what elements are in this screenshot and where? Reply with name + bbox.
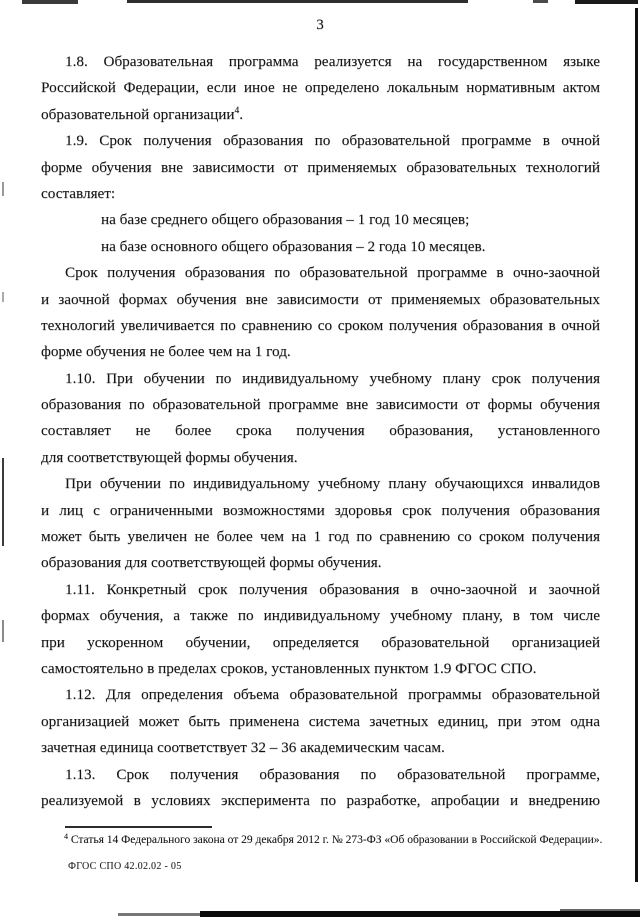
scan-artifact-right-line [635, 8, 638, 882]
document-page: 3 1.8. Образовательная программа реализу… [0, 0, 640, 917]
scan-artifact-top-1 [22, 0, 78, 4]
text-line: на базе среднего общего образования – 1 … [41, 207, 600, 233]
text-line: формах обучения, а также по индивидуальн… [41, 603, 600, 629]
text-line: составляет не более срока получения обра… [41, 418, 600, 444]
footer-code: ФГОС СПО 42.02.02 - 05 [68, 861, 182, 872]
text-block: 1.8. Образовательная программа реализует… [41, 49, 600, 814]
text-line: форме обучения вне зависимости от примен… [41, 155, 600, 181]
page-number: 3 [0, 17, 640, 34]
scan-artifact-left-4 [2, 620, 4, 642]
text-line: реализуемой в условиях эксперимента по р… [41, 788, 600, 814]
text-line: при ускоренном обучении, определяется об… [41, 630, 600, 656]
text-line: 1.11. Конкретный срок получения образова… [41, 577, 600, 603]
text-line: самостоятельно в пределах сроков, устано… [41, 656, 600, 682]
footnote-text: Статья 14 Федерального закона от 29 дека… [68, 834, 602, 846]
scan-artifact-top-3 [533, 0, 548, 3]
scan-artifact-top-2 [127, 0, 468, 3]
text-line: 1.13. Срок получения образования по обра… [41, 762, 600, 788]
scan-artifact-bottom-gray-1 [118, 913, 200, 916]
text-line: 1.12. Для определения объема образовател… [41, 682, 600, 708]
text-line: 1.10. При обучении по индивидуальному уч… [41, 366, 600, 392]
text-line: организацией может быть применена систем… [41, 709, 600, 735]
text-line: и лиц с ограниченными возможностями здор… [41, 498, 600, 524]
text-line: для соответствующей формы обучения. [41, 445, 600, 471]
text-line: составляет: [41, 181, 600, 207]
text-line: образования для соответствующей формы об… [41, 550, 600, 576]
text-line: технологий увеличивается по сравнению со… [41, 313, 600, 339]
text-line: на базе основного общего образования – 2… [41, 234, 600, 260]
scan-artifact-left-2 [2, 292, 4, 302]
scan-artifact-top-4 [575, 0, 638, 4]
footnote: 4 Статья 14 Федерального закона от 29 де… [64, 832, 604, 846]
text-line: форме обучения не более чем на 1 год. [41, 339, 600, 365]
text-line: Срок получения образования по образовате… [41, 260, 600, 286]
text-line: образования по образовательной программе… [41, 392, 600, 418]
text-line: образовательной организации4. [41, 102, 600, 128]
text-line: зачетная единица соответствует 32 – 36 а… [41, 735, 600, 761]
scan-artifact-bottom-bar [200, 911, 640, 917]
text-line: и заочной формах обучения вне зависимост… [41, 287, 600, 313]
scan-artifact-left-1 [2, 182, 4, 196]
footnote-separator [65, 826, 212, 828]
text-line: может быть увеличен не более чем на 1 го… [41, 524, 600, 550]
text-line: Российской Федерации, если иное не опред… [41, 75, 600, 101]
scan-artifact-left-3 [2, 458, 4, 546]
text-line: При обучении по индивидуальному учебному… [41, 471, 600, 497]
text-line: 1.8. Образовательная программа реализует… [41, 49, 600, 75]
text-line: 1.9. Срок получения образования по образ… [41, 128, 600, 154]
footnote-reference: 4 [235, 106, 240, 116]
